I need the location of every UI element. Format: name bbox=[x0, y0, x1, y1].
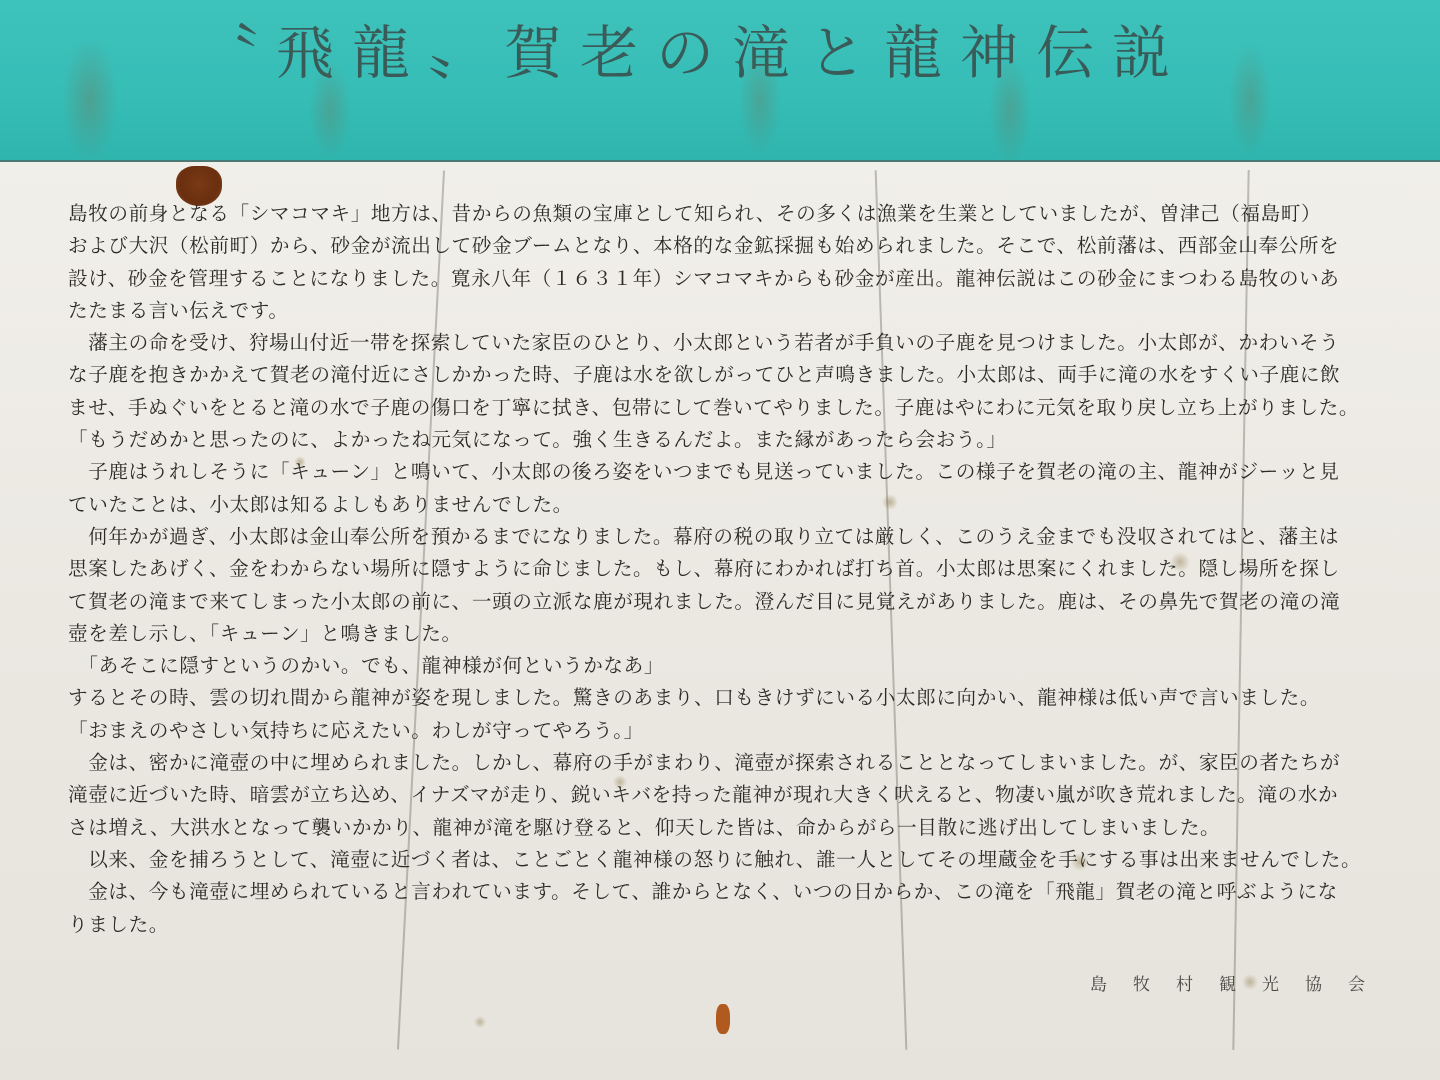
text-line: て賀老の滝まで来てしまった小太郎の前に、一頭の立派な鹿が現れました。澄んだ目に見… bbox=[68, 586, 1398, 618]
text-line: 滝壺に近づいた時、暗雲が立ち込め、イナズマが走り、鋭いキバを持った龍神が現れ大き… bbox=[68, 779, 1398, 811]
text-line: 何年かが過ぎ、小太郎は金山奉公所を預かるまでになりました。幕府の税の取り立ては厳… bbox=[68, 521, 1398, 553]
text-line: 子鹿はうれしそうに「キューン」と鳴いて、小太郎の後ろ姿をいつまでも見送っていまし… bbox=[68, 456, 1398, 488]
sign-header-band: 〝飛龍〟賀老の滝と龍神伝説 bbox=[0, 0, 1440, 162]
text-line: さは増え、大洪水となって襲いかかり、龍神が滝を駆け登ると、仰天した皆は、命からが… bbox=[68, 812, 1398, 844]
legend-signboard: 〝飛龍〟賀老の滝と龍神伝説 島牧の前身となる「シマコマキ」地方は、昔からの魚類の… bbox=[0, 0, 1440, 1080]
sign-title: 〝飛龍〟賀老の滝と龍神伝説 bbox=[200, 6, 1280, 90]
text-line: な子鹿を抱きかかえて賀老の滝付近にさしかかった時、子鹿は水を欲しがってひと声鳴き… bbox=[68, 359, 1398, 391]
text-line: 「おまえのやさしい気持ちに応えたい。わしが守ってやろう。」 bbox=[68, 715, 1398, 747]
text-line: および大沢（松前町）から、砂金が流出して砂金ブームとなり、本格的な金鉱採掘も始め… bbox=[68, 230, 1398, 262]
text-line: たたまる言い伝えです。 bbox=[68, 295, 1398, 327]
text-line: ていたことは、小太郎は知るよしもありませんでした。 bbox=[68, 489, 1398, 521]
text-line: 島牧の前身となる「シマコマキ」地方は、昔からの魚類の宝庫として知られ、その多くは… bbox=[68, 198, 1398, 230]
text-line: 設け、砂金を管理することになりました。寛永八年（１６３１年）シマコマキからも砂金… bbox=[68, 263, 1398, 295]
text-line: 藩主の命を受け、狩場山付近一帯を探索していた家臣のひとり、小太郎という若者が手負… bbox=[68, 327, 1398, 359]
text-line: 思案したあげく、金をわからない場所に隠すように命じました。もし、幕府にわかれば打… bbox=[68, 553, 1398, 585]
sign-credit: 島牧村観光協会 bbox=[1090, 970, 1391, 995]
text-line: りました。 bbox=[68, 909, 1398, 941]
text-line: 金は、今も滝壺に埋められていると言われています。そして、誰からとなく、いつの日か… bbox=[68, 876, 1398, 908]
text-line: するとその時、雲の切れ間から龍神が姿を現しました。驚きのあまり、口もきけずにいる… bbox=[68, 682, 1398, 714]
text-line: 「あそこに隠すというのかい。でも、龍神様が何というかなあ」 bbox=[68, 650, 1398, 682]
rust-drip-stain bbox=[716, 1004, 730, 1034]
text-line: 壺を差し示し、「キューン」と鳴きました。 bbox=[68, 618, 1398, 650]
text-line: 以来、金を捕ろうとして、滝壺に近づく者は、ことごとく龍神様の怒りに触れ、誰一人と… bbox=[68, 844, 1398, 876]
legend-text-body: 島牧の前身となる「シマコマキ」地方は、昔からの魚類の宝庫として知られ、その多くは… bbox=[68, 198, 1398, 941]
text-line: 金は、密かに滝壺の中に埋められました。しかし、幕府の手がまわり、滝壺が探索される… bbox=[68, 747, 1398, 779]
text-line: 「もうだめかと思ったのに、よかったね元気になって。強く生きるんだよ。また縁があっ… bbox=[68, 424, 1398, 456]
text-line: ませ、手ぬぐいをとると滝の水で子鹿の傷口を丁寧に拭き、包帯にして巻いてやりました… bbox=[68, 392, 1398, 424]
